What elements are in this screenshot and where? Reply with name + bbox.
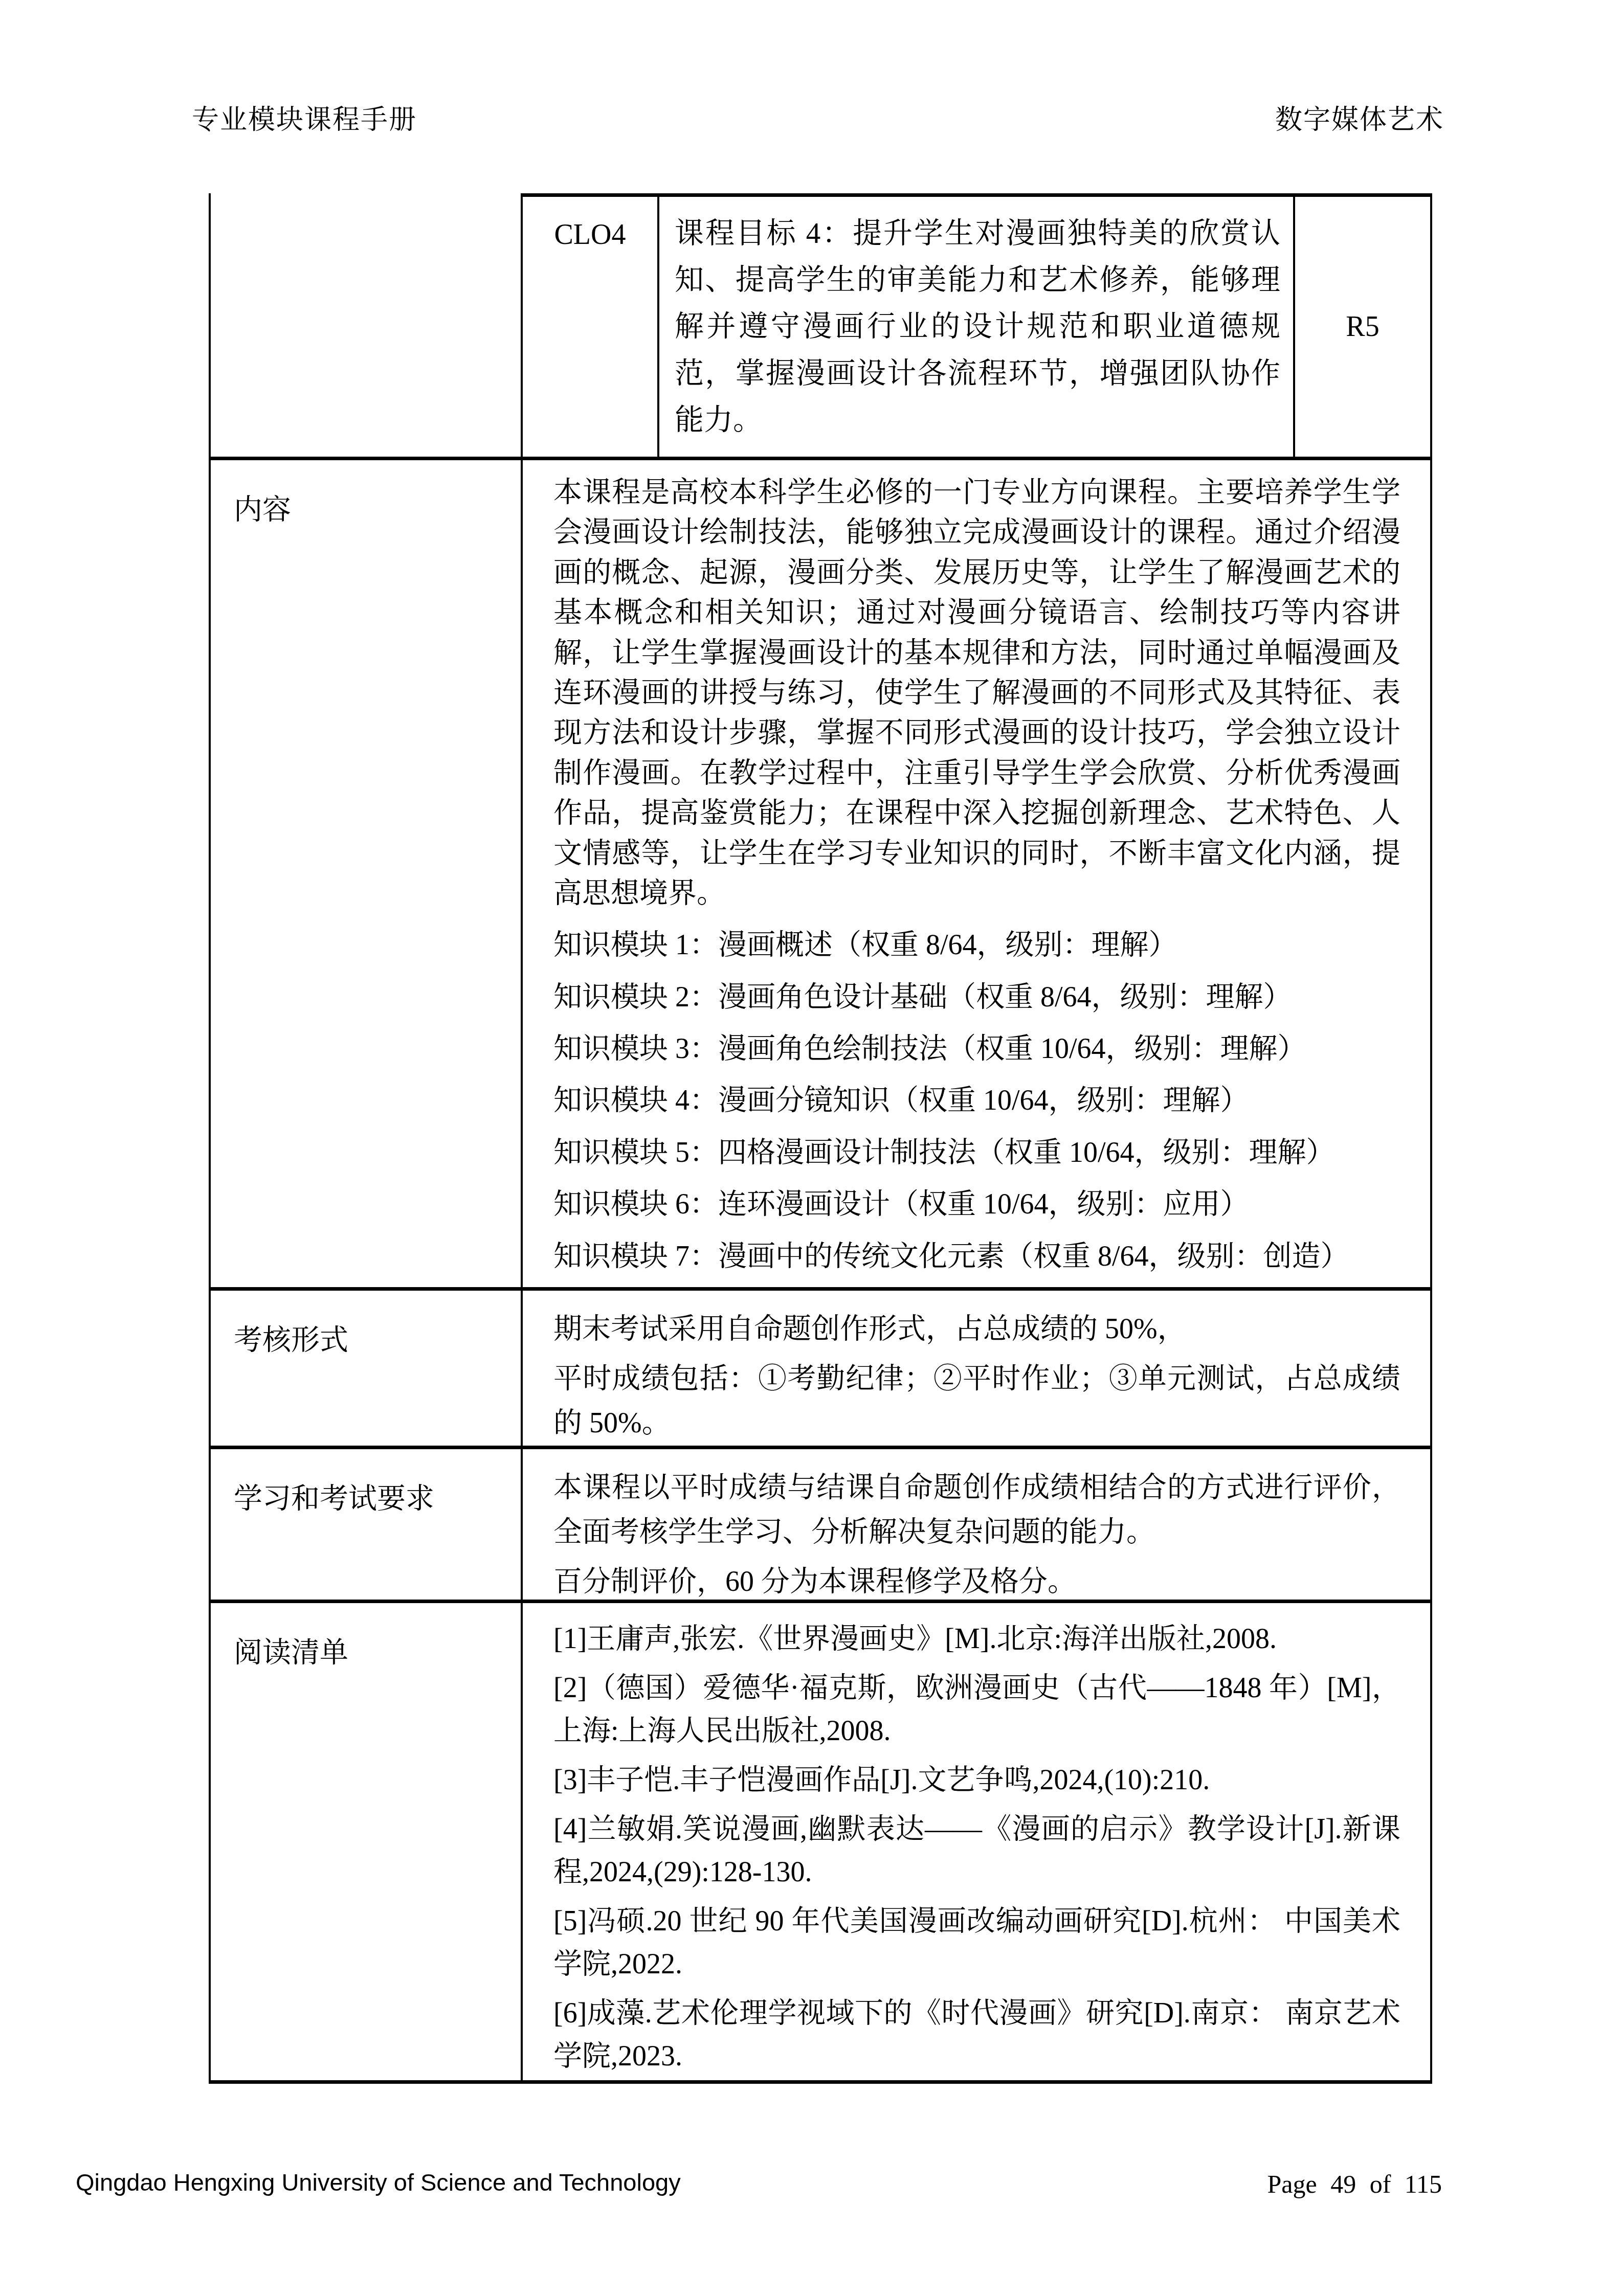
content-row-label: 内容 (209, 460, 523, 1291)
clo4-row: CLO4 课程目标 4：提升学生对漫画独特美的欣赏认知、提高学生的审美能力和艺术… (523, 193, 1432, 460)
header-right: 数字媒体艺术 (1275, 98, 1444, 137)
knowledge-module-line: 知识模块 1：漫画概述（权重 8/64，级别：理解） (553, 925, 1400, 965)
clo-requirement-mapping-cell: R5 (1295, 193, 1432, 460)
header-left: 专业模块课程手册 (192, 98, 417, 137)
merged-row-header-cell (209, 193, 523, 460)
reading-list-item: [2]（德国）爱德华·福克斯，欧洲漫画史（古代——1848 年）[M]，上海:上… (553, 1667, 1400, 1752)
requirements-row-cell: 本课程以平时成绩与结课自命题创作成绩相结合的方式进行评价，全面考核学生学习、分析… (523, 1449, 1432, 1603)
footer-university-name: Qingdao Hengxing University of Science a… (76, 2168, 681, 2196)
course-info-table: CLO4 课程目标 4：提升学生对漫画独特美的欣赏认知、提高学生的审美能力和艺术… (209, 193, 1432, 2084)
requirement-line: 本课程以平时成绩与结课自命题创作成绩相结合的方式进行评价，全面考核学生学习、分析… (553, 1466, 1400, 1555)
knowledge-module-line: 知识模块 7：漫画中的传统文化元素（权重 8/64，级别：创造） (553, 1236, 1400, 1276)
reading-list-item: [5]冯硕.20 世纪 90 年代美国漫画改编动画研究[D].杭州： 中国美术学… (553, 1900, 1400, 1986)
assessment-line: 期末考试采用自命题创作形式，占总成绩的 50%， (553, 1307, 1400, 1352)
reading-list-item: [1]王庸声,张宏.《世界漫画史》[M].北京:海洋出版社,2008. (553, 1617, 1400, 1660)
assessment-row-cell: 期末考试采用自命题创作形式，占总成绩的 50%， 平时成绩包括：①考勤纪律；②平… (523, 1291, 1432, 1449)
reading-list-row-label: 阅读清单 (209, 1603, 523, 2084)
assessment-row-label: 考核形式 (209, 1291, 523, 1449)
reading-list-item: [6]成藻.艺术伦理学视域下的《时代漫画》研究[D].南京： 南京艺术学院,20… (553, 1992, 1400, 2078)
reading-list-item: [3]丰子恺.丰子恺漫画作品[J].文艺争鸣,2024,(10):210. (553, 1759, 1400, 1802)
clo-description-cell: 课程目标 4：提升学生对漫画独特美的欣赏认知、提高学生的审美能力和艺术修养，能够… (657, 193, 1295, 460)
knowledge-module-line: 知识模块 6：连环漫画设计（权重 10/64，级别：应用） (553, 1184, 1400, 1224)
reading-list-cell: [1]王庸声,张宏.《世界漫画史》[M].北京:海洋出版社,2008. [2]（… (523, 1603, 1432, 2084)
content-row-cell: 本课程是高校本科学生必修的一门专业方向课程。主要培养学生学会漫画设计绘制技法，能… (523, 460, 1432, 1291)
requirements-row-label: 学习和考试要求 (209, 1449, 523, 1603)
footer-page-number: Page 49 of 115 (1267, 2169, 1442, 2199)
course-description-paragraph: 本课程是高校本科学生必修的一门专业方向课程。主要培养学生学会漫画设计绘制技法，能… (553, 472, 1400, 913)
reading-list-item: [4]兰敏娟.笑说漫画,幽默表达——《漫画的启示》教学设计[J].新课程,202… (553, 1808, 1400, 1894)
clo-code-cell: CLO4 (523, 193, 657, 460)
knowledge-module-line: 知识模块 5：四格漫画设计制技法（权重 10/64，级别：理解） (553, 1133, 1400, 1173)
knowledge-module-line: 知识模块 3：漫画角色绘制技法（权重 10/64，级别：理解） (553, 1029, 1400, 1069)
requirement-line: 百分制评价，60 分为本课程修学及格分。 (553, 1560, 1400, 1603)
knowledge-module-line: 知识模块 2：漫画角色设计基础（权重 8/64，级别：理解） (553, 977, 1400, 1017)
knowledge-module-line: 知识模块 4：漫画分镜知识（权重 10/64，级别：理解） (553, 1081, 1400, 1120)
assessment-line: 平时成绩包括：①考勤纪律；②平时作业；③单元测试，占总成绩的 50%。 (553, 1357, 1400, 1446)
